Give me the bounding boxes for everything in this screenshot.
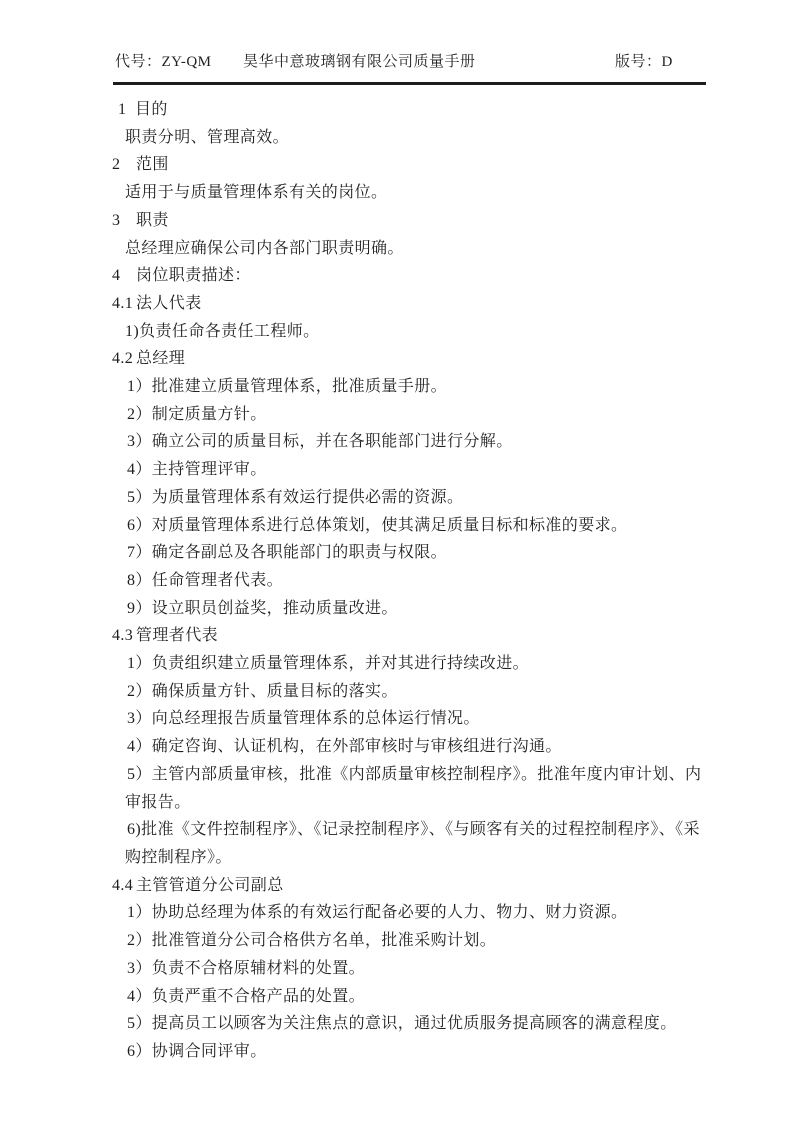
header-doc-code: 代号：ZY-QM xyxy=(115,52,212,72)
section-heading: 1目的 xyxy=(0,96,800,124)
section-number: 1 xyxy=(118,96,135,124)
document-line: 1)负责任命各责任工程师。 xyxy=(0,318,800,346)
section-title: 范围 xyxy=(136,156,169,173)
document-line: 适用于与质量管理体系有关的岗位。 xyxy=(0,179,800,207)
section-title: 岗位职责描述： xyxy=(136,267,251,284)
document-line: 职责分明、管理高效。 xyxy=(0,124,800,152)
section-heading: 2范围 xyxy=(0,151,800,179)
document-line: 4）确定咨询、认证机构，在外部审核时与审核组进行沟通。 xyxy=(0,733,800,761)
document-line: 1）协助总经理为体系的有效运行配备必要的人力、物力、财力资源。 xyxy=(0,899,800,927)
section-number: 4.4 xyxy=(112,872,136,900)
document-line: 2）批准管道分公司合格供方名单，批准采购计划。 xyxy=(0,927,800,955)
header-rule xyxy=(113,82,706,85)
section-number: 4 xyxy=(112,262,136,290)
section-heading: 4.2总经理 xyxy=(0,345,800,373)
document-line: 4）主持管理评审。 xyxy=(0,456,800,484)
section-title: 主管管道分公司副总 xyxy=(136,877,284,894)
document-line: 购控制程序》。 xyxy=(0,844,800,872)
document-line: 2）制定质量方针。 xyxy=(0,401,800,429)
document-line: 审报告。 xyxy=(0,789,800,817)
document-line: 3）确立公司的质量目标，并在各职能部门进行分解。 xyxy=(0,428,800,456)
document-line: 2）确保质量方针、质量目标的落实。 xyxy=(0,678,800,706)
section-heading: 4.4主管管道分公司副总 xyxy=(0,872,800,900)
document-line: 7）确定各副总及各职能部门的职责与权限。 xyxy=(0,539,800,567)
document-page: 代号：ZY-QM 昊华中意玻璃钢有限公司质量手册 版号：D 1目的职责分明、管理… xyxy=(0,0,800,1131)
document-line: 6）协调合同评审。 xyxy=(0,1038,800,1066)
document-line: 9）设立职员创益奖，推动质量改进。 xyxy=(0,595,800,623)
section-heading: 3职责 xyxy=(0,207,800,235)
section-heading: 4.1法人代表 xyxy=(0,290,800,318)
document-line: 1）负责组织建立质量管理体系，并对其进行持续改进。 xyxy=(0,650,800,678)
section-number: 3 xyxy=(112,207,136,235)
document-body: 1目的职责分明、管理高效。2范围适用于与质量管理体系有关的岗位。3职责总经理应确… xyxy=(0,96,800,1066)
section-title: 法人代表 xyxy=(136,295,202,312)
section-heading: 4.3管理者代表 xyxy=(0,622,800,650)
section-title: 总经理 xyxy=(136,350,185,367)
document-line: 8）任命管理者代表。 xyxy=(0,567,800,595)
document-line: 3）负责不合格原辅材料的处置。 xyxy=(0,955,800,983)
section-number: 4.3 xyxy=(112,622,136,650)
section-number: 2 xyxy=(112,151,136,179)
section-number: 4.2 xyxy=(112,345,136,373)
document-line: 6）对质量管理体系进行总体策划，使其满足质量目标和标准的要求。 xyxy=(0,512,800,540)
section-title: 目的 xyxy=(135,101,168,118)
document-line: 1）批准建立质量管理体系，批准质量手册。 xyxy=(0,373,800,401)
header-doc-version: 版号：D xyxy=(615,52,673,72)
section-number: 4.1 xyxy=(112,290,136,318)
section-title: 管理者代表 xyxy=(136,627,218,644)
document-line: 5）主管内部质量审核，批准《内部质量审核控制程序》。批准年度内审计划、内 xyxy=(0,761,800,789)
document-line: 总经理应确保公司内各部门职责明确。 xyxy=(0,235,800,263)
document-line: 6)批准《文件控制程序》、《记录控制程序》、《与顾客有关的过程控制程序》、《采 xyxy=(0,816,800,844)
section-title: 职责 xyxy=(136,212,169,229)
header-doc-title: 昊华中意玻璃钢有限公司质量手册 xyxy=(243,52,476,72)
document-line: 5）为质量管理体系有效运行提供必需的资源。 xyxy=(0,484,800,512)
document-line: 3）向总经理报告质量管理体系的总体运行情况。 xyxy=(0,705,800,733)
document-line: 4）负责严重不合格产品的处置。 xyxy=(0,983,800,1011)
section-heading: 4岗位职责描述： xyxy=(0,262,800,290)
document-line: 5）提高员工以顾客为关注焦点的意识，通过优质服务提高顾客的满意程度。 xyxy=(0,1010,800,1038)
